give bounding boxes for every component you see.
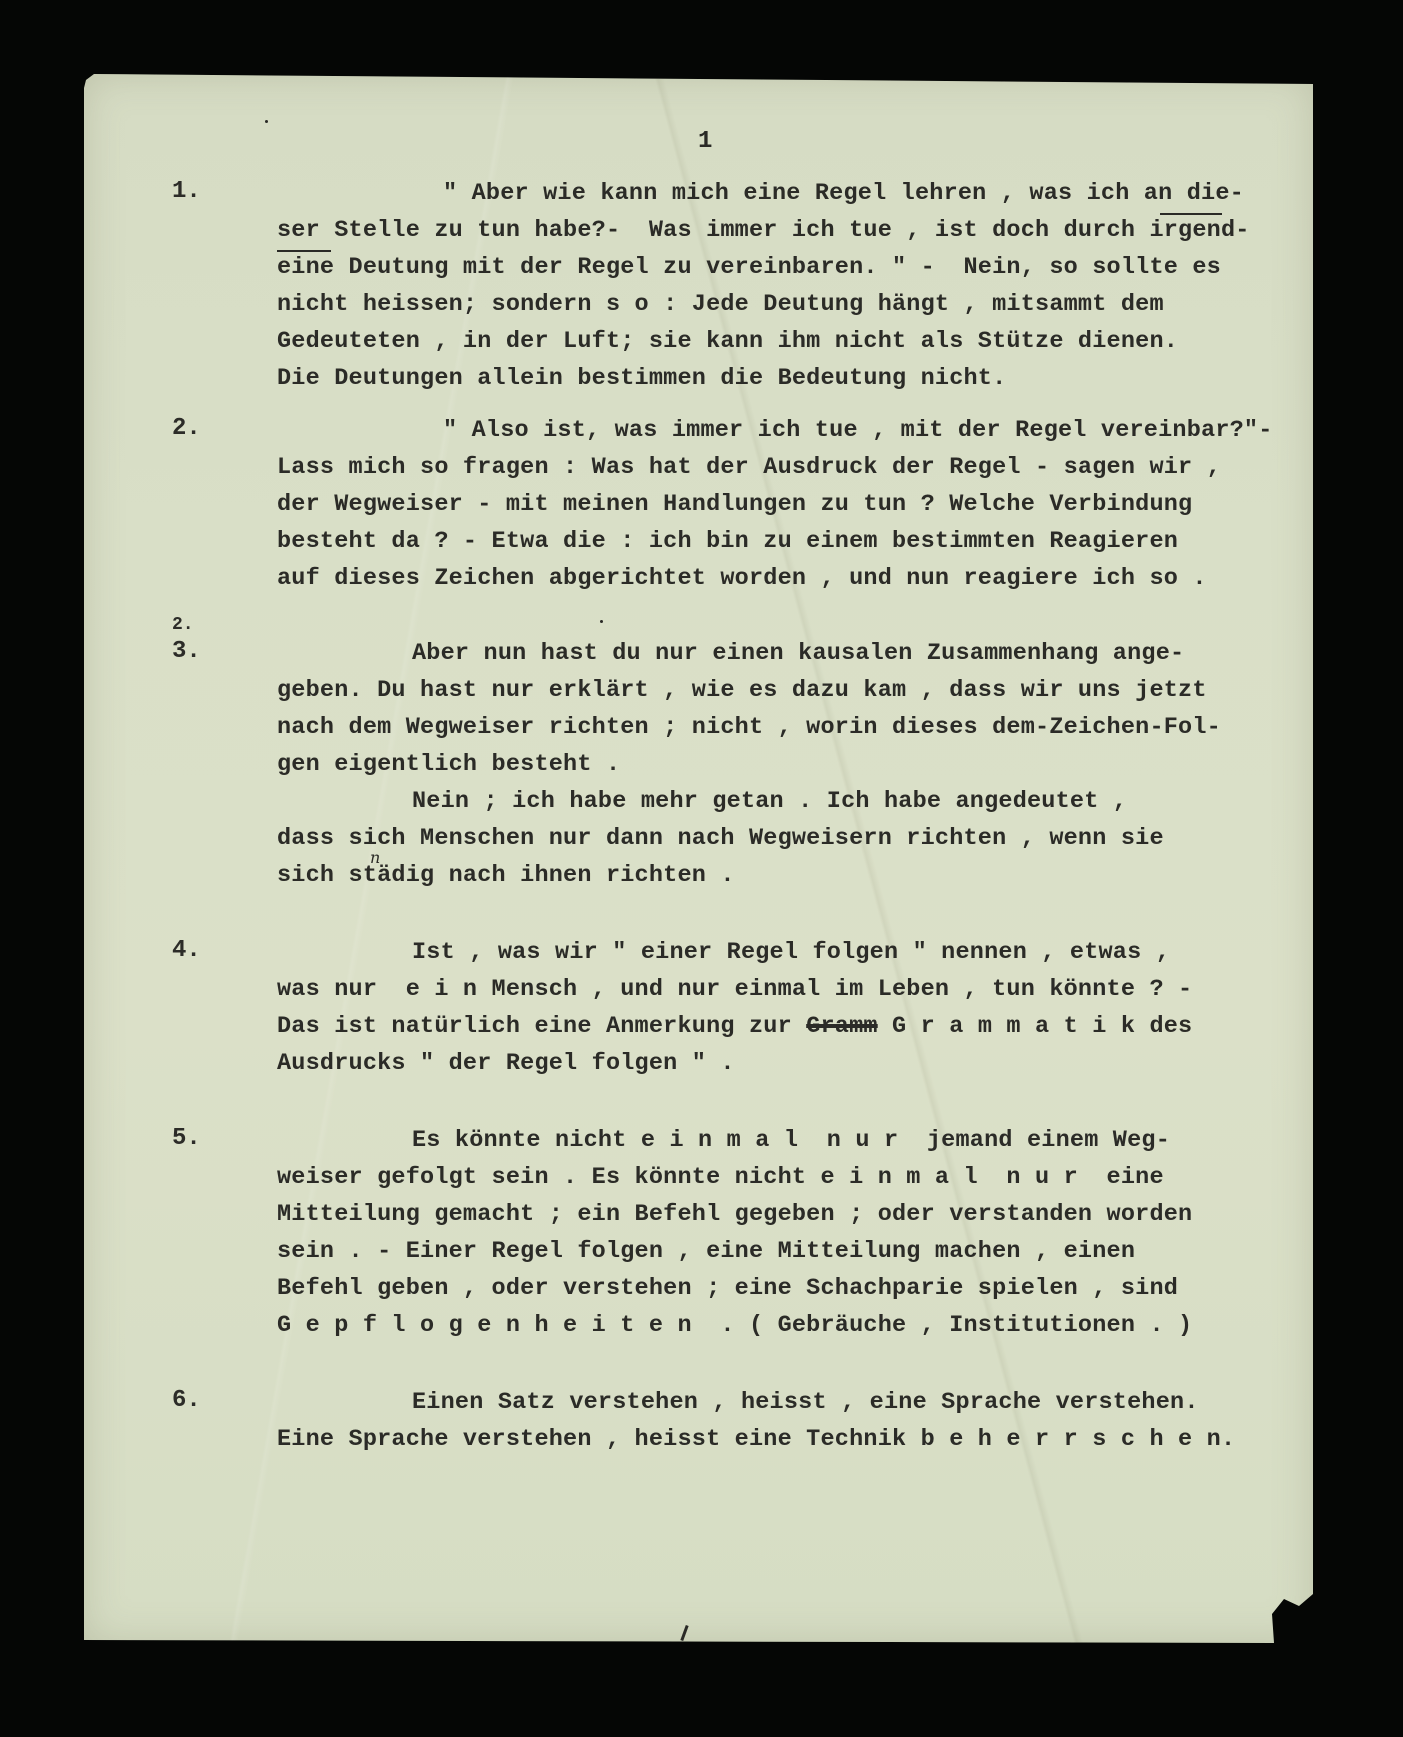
text-line: " Also ist, was immer ich tue , mit der … [443,417,1273,444]
page-number: 1 [698,128,712,155]
text-line: Aber nun hast du nur einen kausalen Zusa… [412,640,1184,667]
text-line: Die Deutungen allein bestimmen die Bedeu… [277,365,1006,392]
text-line: gen eigentlich besteht . [277,751,620,778]
text-line: auf dieses Zeichen abgerichtet worden , … [277,565,1207,592]
text-line: sich städig nach ihnen richten . [277,862,735,889]
struck-text: Gramm [806,1013,878,1040]
text-line: Das ist natürlich eine Anmerkung zur Gra… [277,1013,1192,1040]
text-line: Ist , was wir " einer Regel folgen " nen… [412,939,1170,966]
text-line: ser Stelle zu tun habe?- Was immer ich t… [277,217,1250,244]
underline-mark [1160,213,1222,215]
text-line: was nur e i n Mensch , und nur einmal im… [277,976,1192,1003]
text-line: sein . - Einer Regel folgen , eine Mitte… [277,1238,1135,1265]
handwritten-insertion: n [370,848,380,867]
text-line: nach dem Wegweiser richten ; nicht , wor… [277,714,1221,741]
underline-mark [277,250,331,252]
text-line: " Aber wie kann mich eine Regel lehren ,… [443,180,1244,207]
text-line: Lass mich so fragen : Was hat der Ausdru… [277,454,1221,481]
text-line: besteht da ? - Etwa die : ich bin zu ein… [277,528,1178,555]
text-line: Nein ; ich habe mehr getan . Ich habe an… [412,788,1127,815]
text-line: geben. Du hast nur erklärt , wie es dazu… [277,677,1207,704]
ink-dot [265,120,268,123]
text-line: eine Deutung mit der Regel zu vereinbare… [277,254,1221,281]
paragraph-number: 1. [172,178,201,205]
paragraph-number: 4. [172,937,201,964]
paragraph-number: 5. [172,1125,201,1152]
text-line: der Wegweiser - mit meinen Handlungen zu… [277,491,1192,518]
text-line: G e p f l o g e n h e i t e n . ( Gebräu… [277,1312,1192,1339]
text-line: Gedeuteten , in der Luft; sie kann ihm n… [277,328,1178,355]
paragraph-number: 3. [172,638,201,665]
text-line: Einen Satz verstehen , heisst , eine Spr… [412,1389,1199,1416]
text-line: Befehl geben , oder verstehen ; eine Sch… [277,1275,1178,1302]
text-line: dass sich Menschen nur dann nach Wegweis… [277,825,1164,852]
text-line: weiser gefolgt sein . Es könnte nicht e … [277,1164,1164,1191]
paragraph-number: 2. [172,415,201,442]
text-line: Ausdrucks " der Regel folgen " . [277,1050,735,1077]
paragraph-number: 6. [172,1387,201,1414]
text-line: nicht heissen; sondern s o : Jede Deutun… [277,291,1164,318]
ink-dot [600,620,603,623]
text-line: Eine Sprache verstehen , heisst eine Tec… [277,1426,1235,1453]
text-line: Mitteilung gemacht ; ein Befehl gegeben … [277,1201,1192,1228]
overwritten-number: 2. [172,615,194,635]
text-line: Es könnte nicht e i n m a l n u r jemand… [412,1127,1170,1154]
